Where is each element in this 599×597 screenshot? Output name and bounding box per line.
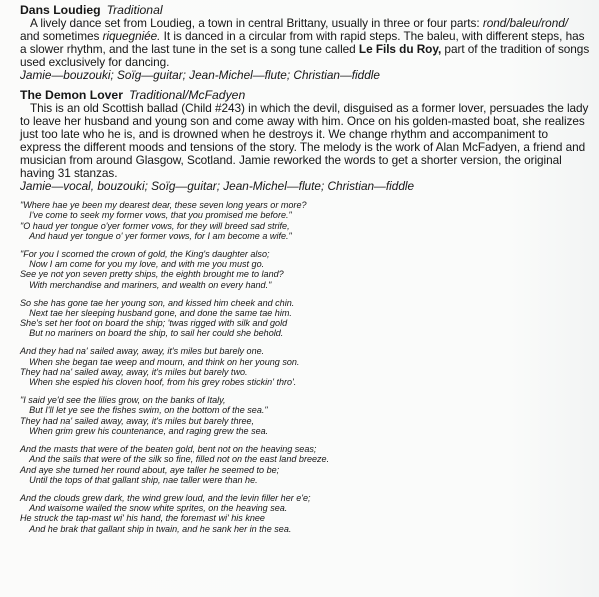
song-credit: Traditional/McFadyen (129, 88, 245, 102)
lyric-stanza: "Where hae ye been my dearest dear, thes… (20, 200, 599, 241)
lyric-line: And the sails that were of the silk so f… (20, 454, 599, 464)
song-description: This is an old Scottish ballad (Child #2… (20, 102, 590, 180)
lyric-line: She's set her foot on board the ship; 't… (20, 318, 599, 328)
song-dans-loudieg: Dans LoudiegTraditional A lively dance s… (20, 3, 590, 82)
lyric-line: Now I am come for you my love, and with … (20, 259, 599, 269)
song-title-text: The Demon Lover (20, 88, 123, 102)
musicians-credit: Jamie—bouzouki; Soïg—guitar; Jean-Michel… (20, 69, 590, 82)
lyric-stanza: And the masts that were of the beaten go… (20, 444, 599, 485)
song-title: The Demon LoverTraditional/McFadyen (20, 88, 590, 102)
lyric-line: And they had na' sailed away, away, it's… (20, 346, 599, 356)
lyric-line: And the masts that were of the beaten go… (20, 444, 599, 454)
lyric-line: And aye she turned her round about, aye … (20, 465, 599, 475)
song-title-text: Dans Loudieg (20, 3, 101, 17)
lyric-line: "Where hae ye been my dearest dear, thes… (20, 200, 599, 210)
desc-text: This is an old Scottish ballad (Child #2… (20, 101, 588, 180)
lyric-stanza: "For you I scorned the crown of gold, th… (20, 249, 599, 290)
desc-part: A lively dance set from Loudieg, a town … (30, 16, 483, 30)
lyric-line: And haud yer tongue o' yer former vows, … (20, 231, 599, 241)
desc-part-bold: Le Fils du Roy, (359, 42, 441, 56)
lyric-stanza: And the clouds grew dark, the wind grew … (20, 493, 599, 534)
lyric-line: "O haud yer tongue o'yer former vows, fo… (20, 221, 599, 231)
lyric-line: And the clouds grew dark, the wind grew … (20, 493, 599, 503)
lyric-stanza: So she has gone tae her young son, and k… (20, 298, 599, 339)
song-credit: Traditional (107, 3, 163, 17)
lyric-line: Next tae her sleeping husband gone, and … (20, 308, 599, 318)
lyric-stanza: And they had na' sailed away, away, it's… (20, 346, 599, 387)
musicians-credit: Jamie—vocal, bouzouki; Soïg—guitar; Jean… (20, 180, 590, 193)
desc-part-italic: riquegniée. (103, 29, 161, 43)
lyric-line: When she began tae weep and mourn, and t… (20, 357, 599, 367)
lyric-line: And waisome wailed the snow white sprite… (20, 503, 599, 513)
lyric-line: "I said ye'd see the lilies grow, on the… (20, 395, 599, 405)
lyrics: "Where hae ye been my dearest dear, thes… (20, 200, 599, 534)
lyric-line: Until the tops of that gallant ship, nae… (20, 475, 599, 485)
song-description: A lively dance set from Loudieg, a town … (20, 17, 590, 69)
lyric-line: And he brak that gallant ship in twain, … (20, 524, 599, 534)
desc-part-italic: rond/baleu/rond/ (483, 16, 568, 30)
desc-part: and sometimes (20, 29, 103, 43)
lyric-line: But I'll let ye see the fishes swim, on … (20, 405, 599, 415)
liner-notes-page: Dans LoudiegTraditional A lively dance s… (20, 3, 590, 541)
lyric-stanza: "I said ye'd see the lilies grow, on the… (20, 395, 599, 436)
lyric-line: "For you I scorned the crown of gold, th… (20, 249, 599, 259)
lyric-line: So she has gone tae her young son, and k… (20, 298, 599, 308)
song-demon-lover: The Demon LoverTraditional/McFadyen This… (20, 88, 590, 534)
lyric-line: When she espied his cloven hoof, from hi… (20, 377, 599, 387)
lyric-line: They had na' sailed away, away, it's mil… (20, 416, 599, 426)
lyric-line: I've come to seek my former vows, that y… (20, 210, 599, 220)
lyric-line: He struck the tap-mast wi' his hand, the… (20, 513, 599, 523)
lyric-line: See ye not yon seven pretty ships, the e… (20, 269, 599, 279)
lyric-line: When grim grew his countenance, and ragi… (20, 426, 599, 436)
lyric-line: With merchandise and mariners, and wealt… (20, 280, 599, 290)
song-title: Dans LoudiegTraditional (20, 3, 590, 17)
lyric-line: They had na' sailed away, away, it's mil… (20, 367, 599, 377)
lyric-line: But no mariners on board the ship, to sa… (20, 328, 599, 338)
